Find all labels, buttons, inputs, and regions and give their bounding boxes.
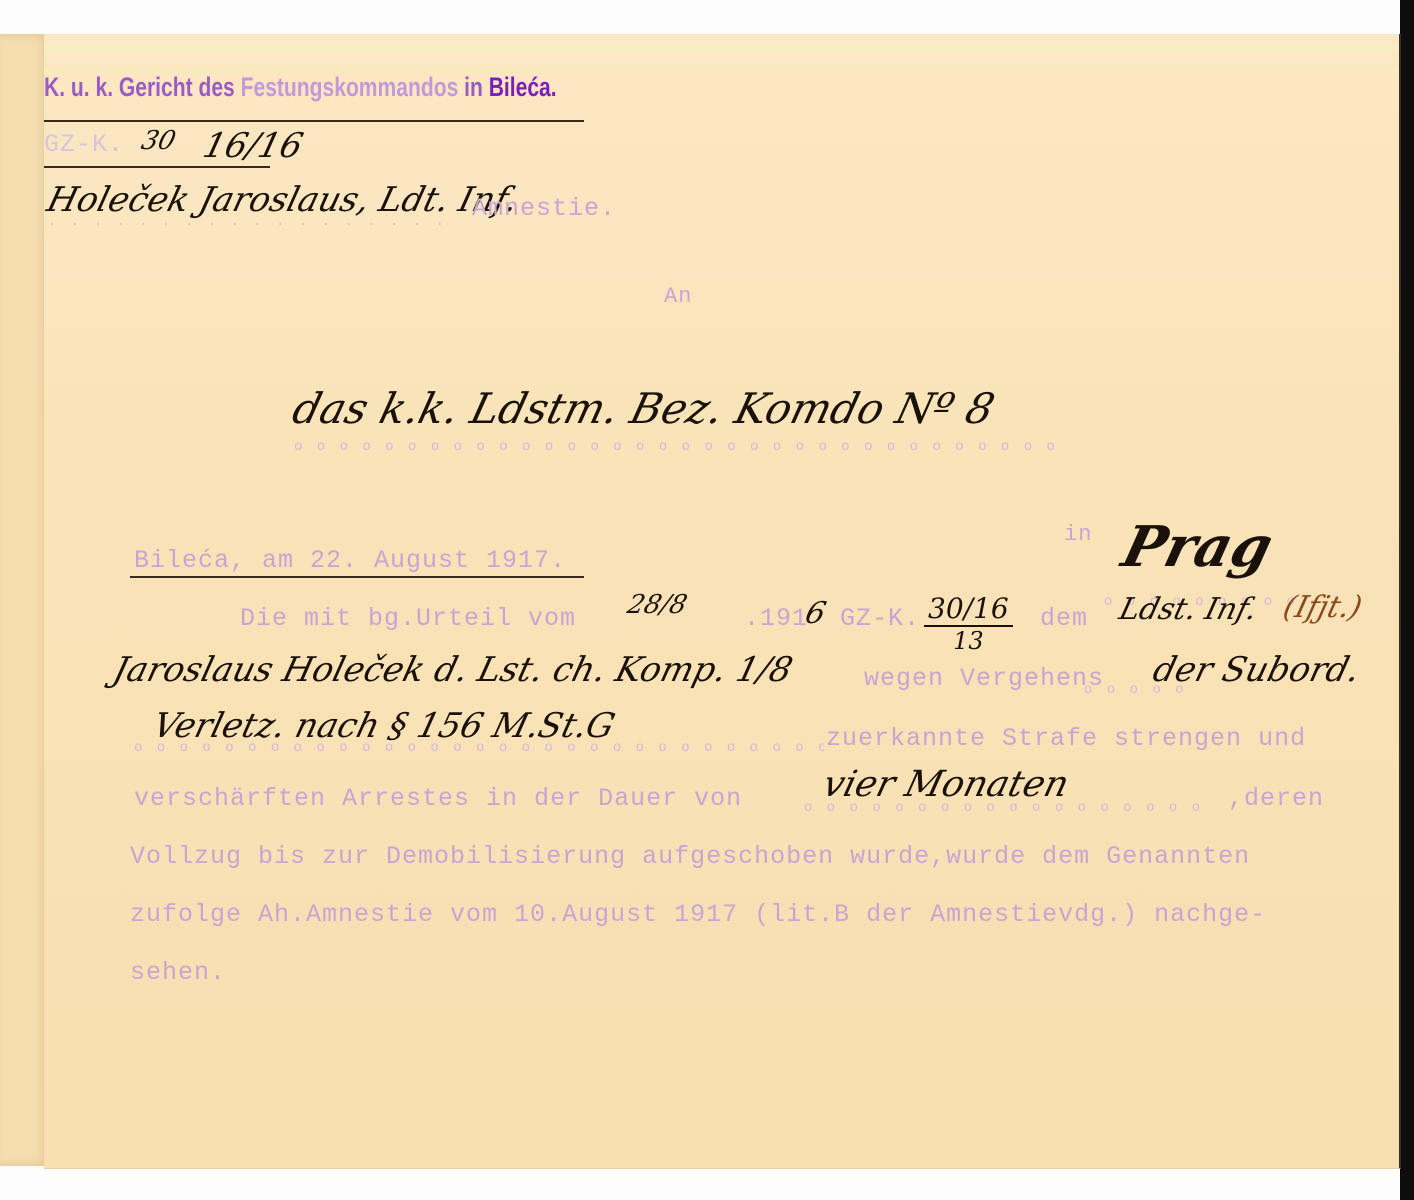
ref-numerator: 30/16 <box>924 592 1013 627</box>
body-line4-typed-start: verschärften Arrestes in der Dauer von <box>134 784 742 813</box>
body-line4-hand-duration: vier Monaten <box>819 764 1073 805</box>
place-date: Bileća, am 22. August 1917. <box>134 546 566 575</box>
body-line2-hand-name: Jaroslaus Holeček d. Lst. ch. Komp. 1/8 <box>109 650 797 690</box>
addressee-city: Prag <box>1116 514 1280 580</box>
body-line1-hand-year-digit: 6 <box>802 596 830 631</box>
body-line1-hand-unit: Ldst. Inf. <box>1116 592 1261 627</box>
body-line4-typed-end: ,deren <box>1228 784 1324 813</box>
addressee-label: An <box>664 284 692 309</box>
reference-handwritten-suffix: 16/16 <box>199 126 307 166</box>
ref-denominator: 13 <box>924 627 1013 655</box>
reference-rule <box>44 166 270 168</box>
subject-typed: Amnestie. <box>472 194 616 223</box>
body-line1-typed-start: Die mit bg.Urteil vom <box>240 604 576 633</box>
reference-typed-prefix: GZ-K. <box>44 130 124 159</box>
body-line2-hand-offense: der Subord. <box>1149 650 1364 690</box>
body-line1-hand-date: 28/8 <box>624 590 690 620</box>
body-line5-typed: Vollzug bis zur Demobilisierung aufgesch… <box>130 842 1250 871</box>
body-line1-typed-ref: GZ-K. <box>840 604 920 633</box>
addressee-in: in <box>1064 522 1092 547</box>
stamp-place: Bileća. <box>489 72 557 102</box>
court-stamp-header: K. u. k. Gericht des Festungskommandos i… <box>44 72 557 103</box>
body-line1-hand-ref: 30/16 13 <box>924 592 1013 655</box>
reference-handwritten-number: 30 <box>138 126 179 156</box>
document-page: K. u. k. Gericht des Festungskommandos i… <box>44 34 1401 1169</box>
place-date-rule <box>130 576 584 578</box>
addressee-dotted-line: o o o o o o o o o o o o o o o o o o o o … <box>294 439 1054 455</box>
body-line6-typed: zufolge Ah.Amnestie vom 10.August 1917 (… <box>130 900 1266 929</box>
stamp-prefix: K. u. k. Gericht des <box>44 72 241 102</box>
body-line3-typed: zuerkannte Strafe strengen und <box>826 724 1306 753</box>
body-line7-typed: sehen. <box>130 958 226 987</box>
body-line1-typed-dem: dem <box>1040 604 1088 633</box>
body-line1-typed-year: .191 <box>744 604 808 633</box>
stamp-middle: Festungskommandos <box>241 72 459 102</box>
stamp-suffix: in <box>458 72 488 102</box>
addressee-recipient: das k.k. Ldstm. Bez. Komdo Nº 8 <box>288 384 1000 433</box>
body-line1-hand-paren: (Ifjt.) <box>1280 590 1366 625</box>
scan-edge <box>1400 0 1414 1200</box>
body-line2-typed: wegen Vergehens <box>864 664 1104 693</box>
header-rule <box>44 120 584 122</box>
line3-dotted: o o o o o o o o o o o o o o o o o o o o … <box>134 740 824 756</box>
subject-dotted-line: . . . . . . . . . . . . . . . . . . . . … <box>48 214 448 230</box>
